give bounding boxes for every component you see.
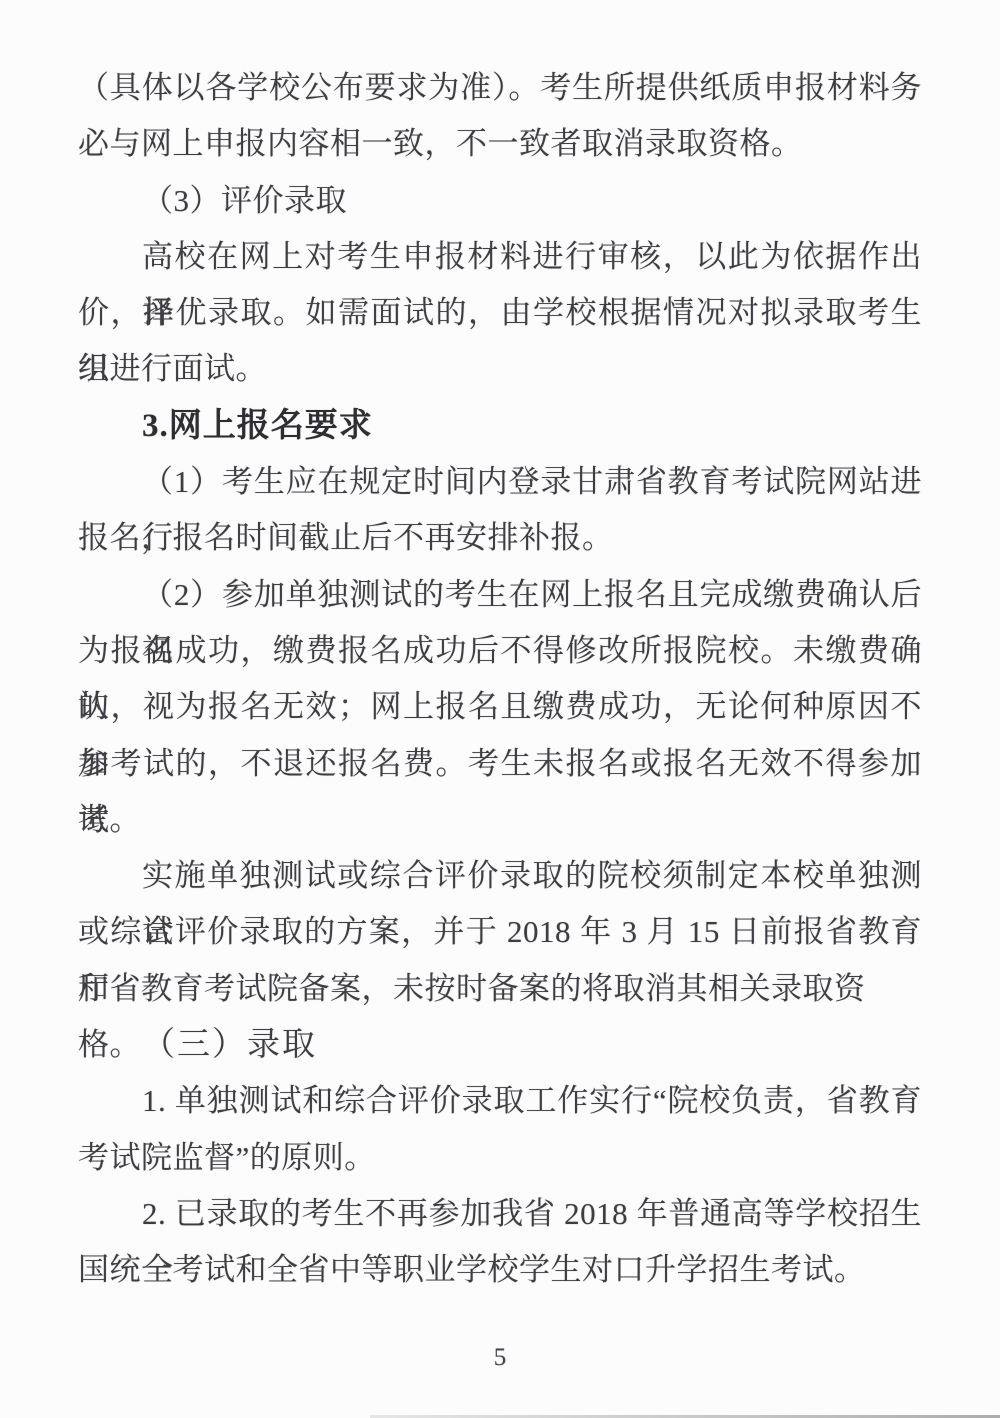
text-line: （3）评价录取 bbox=[78, 173, 922, 229]
paragraph: （3）评价录取 bbox=[78, 173, 922, 229]
document-page: （具体以各学校公布要求为准）。考生所提供纸质申报材料务必与网上申报内容相一致，不… bbox=[0, 0, 1000, 1418]
paragraph: 实施单独测试或综合评价录取的院校须制定本校单独测试或综合评价录取的方案，并于 2… bbox=[78, 848, 922, 1017]
paragraph: 2. 已录取的考生不再参加我省 2018 年普通高等学校招生全国统一考试和全省中… bbox=[78, 1186, 922, 1299]
paragraph: （2）参加单独测试的考生在网上报名且完成缴费确认后视为报名成功，缴费报名成功后不… bbox=[78, 567, 922, 848]
paragraph: 3.网上报名要求 bbox=[78, 398, 922, 454]
text-line: 加考试的，不退还报名费。考生未报名或报名无效不得参加考 bbox=[78, 736, 922, 792]
paragraph: （具体以各学校公布要求为准）。考生所提供纸质申报材料务必与网上申报内容相一致，不… bbox=[78, 60, 922, 173]
text-line: （三）录取 bbox=[78, 1017, 922, 1073]
document-body: （具体以各学校公布要求为准）。考生所提供纸质申报材料务必与网上申报内容相一致，不… bbox=[78, 60, 922, 1299]
page-number: 5 bbox=[0, 1342, 1000, 1374]
text-line: 和省教育考试院备案，未按时备案的将取消其相关录取资格。 bbox=[78, 961, 922, 1017]
text-line: 国统一考试和全省中等职业学校学生对口升学招生考试。 bbox=[78, 1242, 922, 1298]
text-line: 试。 bbox=[78, 792, 922, 848]
text-line: 2. 已录取的考生不再参加我省 2018 年普通高等学校招生全 bbox=[78, 1186, 922, 1242]
text-line: 考试院监督”的原则。 bbox=[78, 1130, 922, 1186]
paragraph: （三）录取 bbox=[78, 1017, 922, 1073]
text-line: 3.网上报名要求 bbox=[78, 398, 922, 454]
text-line: （2）参加单独测试的考生在网上报名且完成缴费确认后视 bbox=[78, 567, 922, 623]
paragraph: （1）考生应在规定时间内登录甘肃省教育考试院网站进行报名，报名时间截止后不再安排… bbox=[78, 454, 922, 567]
text-line: 实施单独测试或综合评价录取的院校须制定本校单独测试 bbox=[78, 848, 922, 904]
text-line: 高校在网上对考生申报材料进行审核，以此为依据作出评 bbox=[78, 229, 922, 285]
text-line: 必与网上申报内容相一致，不一致者取消录取资格。 bbox=[78, 116, 922, 172]
paragraph: 1. 单独测试和综合评价录取工作实行“院校负责，省教育考试院监督”的原则。 bbox=[78, 1073, 922, 1186]
text-line: 织进行面试。 bbox=[78, 341, 922, 397]
text-line: 的，视为报名无效；网上报名且缴费成功，无论何种原因不参 bbox=[78, 679, 922, 735]
text-line: 或综合评价录取的方案，并于 2018 年 3 月 15 日前报省教育厅 bbox=[78, 904, 922, 960]
text-line: 为报名成功，缴费报名成功后不得修改所报院校。未缴费确认 bbox=[78, 623, 922, 679]
text-line: （具体以各学校公布要求为准）。考生所提供纸质申报材料务 bbox=[78, 60, 922, 116]
text-line: 1. 单独测试和综合评价录取工作实行“院校负责，省教育 bbox=[78, 1073, 922, 1129]
paragraph: 高校在网上对考生申报材料进行审核，以此为依据作出评价，择优录取。如需面试的，由学… bbox=[78, 229, 922, 398]
text-line: （1）考生应在规定时间内登录甘肃省教育考试院网站进行 bbox=[78, 454, 922, 510]
text-line: 报名，报名时间截止后不再安排补报。 bbox=[78, 510, 922, 566]
text-line: 价，择优录取。如需面试的，由学校根据情况对拟录取考生组 bbox=[78, 285, 922, 341]
